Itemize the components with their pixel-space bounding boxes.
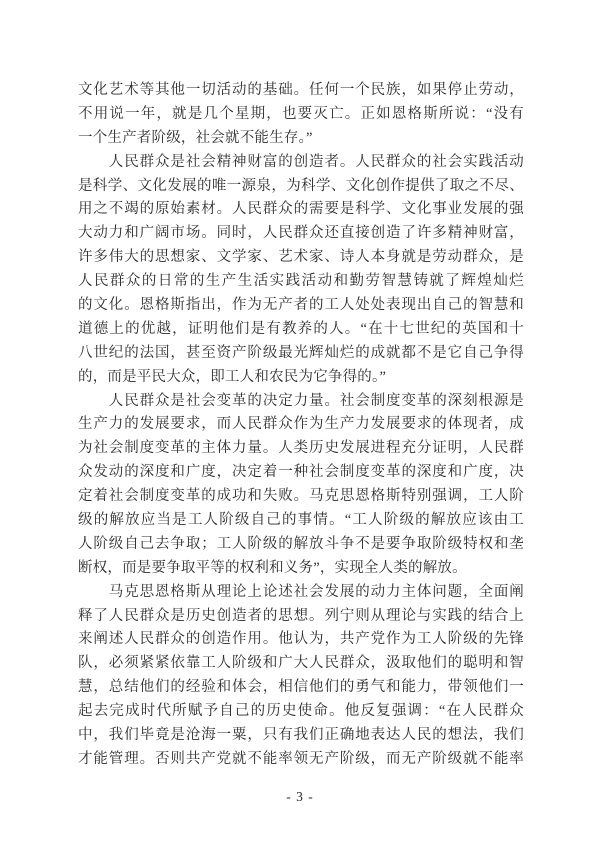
text-line: 断权，而是要争取平等的权利和义务”，实现全人类的解放。 <box>78 557 524 581</box>
text-line: 慧，总结他们的经验和体会，相信他们的勇气和能力，带领他们一 <box>78 676 524 700</box>
document-page: 文化艺术等其他一切活动的基础。任何一个民族，如果停止劳动， 不用说一年，就是几个… <box>0 0 600 849</box>
text-line: 众发动的深度和广度，决定着一种社会制度变革的深度和广度，决 <box>78 461 524 485</box>
text-line: 道德上的优越，证明他们是有教养的人。“在十七世纪的英国和十 <box>78 318 524 342</box>
text-line: 生产力的发展要求，而人民群众作为生产力发展要求的体现者，成 <box>78 413 524 437</box>
text-line: 不用说一年，就是几个星期，也要灭亡。正如恩格斯所说：“没有 <box>78 103 524 127</box>
text-line: 一个生产者阶级，社会就不能生存。” <box>78 127 524 151</box>
text-line: 的，而是平民大众，即工人和农民为它争得的。” <box>78 366 524 390</box>
paragraph-2: 人民群众是社会精神财富的创造者。人民群众的社会实践活动 是科学、文化发展的唯一源… <box>78 151 524 390</box>
text-line: 队，必须紧紧依靠工人阶级和广大人民群众，汲取他们的聪明和智 <box>78 652 524 676</box>
text-line: 释了人民群众是历史创造者的思想。列宁则从理论与实践的结合上 <box>78 605 524 629</box>
text-line: 大动力和广阔市场。同时，人民群众还直接创造了许多精神财富， <box>78 222 524 246</box>
text-line: 许多伟大的思想家、文学家、艺术家、诗人本身就是劳动群众，是 <box>78 246 524 270</box>
text-line: 定着社会制度变革的成功和失败。马克思恩格斯特别强调，工人阶 <box>78 485 524 509</box>
text-line: 八世纪的法国，甚至资产阶级最光辉灿烂的成就都不是它自己争得 <box>78 342 524 366</box>
text-line: 级的解放应当是工人阶级自己的事情。“工人阶级的解放应该由工 <box>78 509 524 533</box>
text-line: 来阐述人民群众的创造作用。他认为，共产党作为工人阶级的先锋 <box>78 628 524 652</box>
text-line: 人阶级自己去争取；工人阶级的解放斗争不是要争取阶级特权和垄 <box>78 533 524 557</box>
text-line: 用之不竭的原始素材。人民群众的需要是科学、文化事业发展的强 <box>78 198 524 222</box>
text-line: 马克思恩格斯从理论上论述社会发展的动力主体问题，全面阐 <box>78 581 524 605</box>
page-number: - 3 - <box>0 789 600 805</box>
text-line: 中，我们毕竟是沧海一粟，只有我们正确地表达人民的想法，我们 <box>78 724 524 748</box>
text-line: 是科学、文化发展的唯一源泉，为科学、文化创作提供了取之不尽、 <box>78 175 524 199</box>
paragraph-1: 文化艺术等其他一切活动的基础。任何一个民族，如果停止劳动， 不用说一年，就是几个… <box>78 79 524 151</box>
text-line: 起去完成时代所赋予自己的历史使命。他反复强调：“在人民群众 <box>78 700 524 724</box>
text-line: 为社会制度变革的主体力量。人类历史发展进程充分证明，人民群 <box>78 437 524 461</box>
paragraph-3: 人民群众是社会变革的决定力量。社会制度变革的深刻根源是 生产力的发展要求，而人民… <box>78 390 524 581</box>
text-line: 人民群众是社会精神财富的创造者。人民群众的社会实践活动 <box>78 151 524 175</box>
document-body-text: 文化艺术等其他一切活动的基础。任何一个民族，如果停止劳动， 不用说一年，就是几个… <box>78 79 524 772</box>
text-line: 人民群众是社会变革的决定力量。社会制度变革的深刻根源是 <box>78 390 524 414</box>
text-line: 人民群众的日常的生产生活实践活动和勤劳智慧铸就了辉煌灿烂 <box>78 270 524 294</box>
paragraph-4: 马克思恩格斯从理论上论述社会发展的动力主体问题，全面阐 释了人民群众是历史创造者… <box>78 581 524 772</box>
text-line: 文化艺术等其他一切活动的基础。任何一个民族，如果停止劳动， <box>78 79 524 103</box>
text-line: 才能管理。否则共产党就不能率领无产阶级，而无产阶级就不能率 <box>78 748 524 772</box>
text-line: 的文化。恩格斯指出，作为无产者的工人处处表现出自己的智慧和 <box>78 294 524 318</box>
